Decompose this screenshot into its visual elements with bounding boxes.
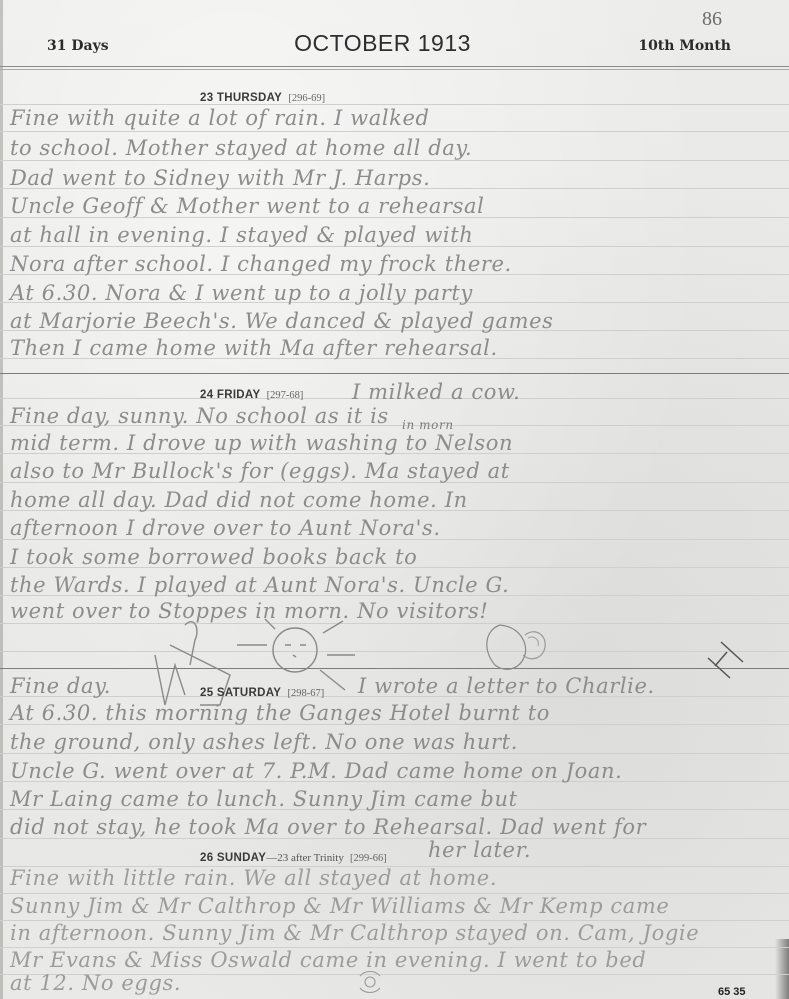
- day-header-saturday: 25 SATURDAY [298-67]: [200, 687, 324, 699]
- entry-line: I took some borrowed books back to: [10, 545, 781, 569]
- day-numbers: [296-69]: [288, 93, 325, 104]
- flower-drawing: [350, 968, 390, 996]
- entry-line: the Wards. I played at Aunt Nora's. Uncl…: [10, 573, 781, 597]
- entry-line: Sunny Jim & Mr Calthrop & Mr Williams & …: [10, 894, 781, 918]
- entry-line: at 12. No eggs.: [10, 971, 781, 995]
- entry-line: at Marjorie Beech's. We danced & played …: [10, 309, 781, 333]
- ruled-line: [0, 160, 789, 161]
- entry-line: did not stay, he took Ma over to Rehears…: [10, 815, 781, 839]
- entry-line: afternoon I drove over to Aunt Nora's.: [10, 516, 781, 540]
- entry-line: Then I came home with Ma after rehearsal…: [10, 336, 781, 360]
- page-edge: [0, 0, 3, 999]
- day-subtitle: —23 after Trinity: [266, 852, 344, 864]
- ruled-line: [0, 623, 789, 624]
- entry-line: Uncle Geoff & Mother went to a rehearsal: [10, 194, 781, 218]
- day-numbers: [299-66]: [350, 853, 387, 864]
- entry-line: the ground, only ashes left. No one was …: [10, 730, 781, 754]
- entry-line: mid term. I drove up with washing to Nel…: [10, 431, 781, 455]
- entry-line: Fine day, sunny. No school as it is: [10, 404, 781, 428]
- day-header-thursday: 23 THURSDAY [296-69]: [200, 92, 325, 104]
- entry-lead: Fine day.: [10, 674, 111, 698]
- day-header-friday: 24 FRIDAY [297-68]: [200, 389, 303, 401]
- entry-line: At 6.30. this morning the Ganges Hotel b…: [10, 701, 781, 725]
- entry-line: home all day. Dad did not come home. In: [10, 488, 781, 512]
- day-name: 25 SATURDAY: [200, 687, 281, 699]
- month-ordinal: 10th Month: [638, 38, 731, 54]
- corner-mark: 65 35: [718, 986, 746, 998]
- day-separator-rule: [0, 373, 789, 374]
- entry-line: Mr Laing came to lunch. Sunny Jim came b…: [10, 787, 781, 811]
- entry-line: also to Mr Bullock's for (eggs). Ma stay…: [10, 459, 781, 483]
- face-profile-drawing: [480, 620, 560, 675]
- entry-line: Uncle G. went over at 7. P.M. Dad came h…: [10, 759, 781, 783]
- entry-note: I wrote a letter to Charlie.: [358, 674, 781, 698]
- month-title-text: OCTOBER 1913: [294, 30, 471, 57]
- entry-line: went over to Stoppes in morn. No visitor…: [10, 599, 781, 623]
- entry-note: I milked a cow.: [352, 380, 781, 404]
- day-name: 26 SUNDAY: [200, 852, 266, 864]
- entry-line: Fine with quite a lot of rain. I walked: [10, 106, 781, 130]
- entry-line: Mr Evans & Miss Oswald came in evening. …: [10, 948, 781, 972]
- day-name: 23 THURSDAY: [200, 92, 282, 104]
- ruled-line: [0, 131, 789, 132]
- ruled-line: [0, 651, 789, 652]
- day-numbers: [297-68]: [267, 390, 304, 401]
- header-rule: [0, 66, 789, 67]
- day-separator-rule: [0, 668, 789, 669]
- day-name: 24 FRIDAY: [200, 389, 260, 401]
- page-number: 86: [702, 8, 722, 31]
- day-header-sunday: 26 SUNDAY—23 after Trinity [299-66]: [200, 852, 387, 864]
- day-numbers: [298-67]: [287, 688, 324, 699]
- entry-line: Dad went to Sidney with Mr J. Harps.: [10, 166, 781, 190]
- entry-line: her later.: [428, 838, 781, 862]
- entry-line: Nora after school. I changed my frock th…: [10, 252, 781, 276]
- entry-line: in afternoon. Sunny Jim & Mr Calthrop st…: [10, 921, 781, 945]
- entry-line: at hall in evening. I stayed & played wi…: [10, 223, 781, 247]
- diary-page: 31 Days OCTOBER 1913 10th Month 86 23 TH…: [0, 0, 789, 999]
- entry-line: At 6.30. Nora & I went up to a jolly par…: [10, 281, 781, 305]
- header-rule: [0, 69, 789, 70]
- entry-line: Fine with little rain. We all stayed at …: [10, 866, 781, 890]
- ruled-line: [0, 104, 789, 105]
- entry-line: to school. Mother stayed at home all day…: [10, 136, 781, 160]
